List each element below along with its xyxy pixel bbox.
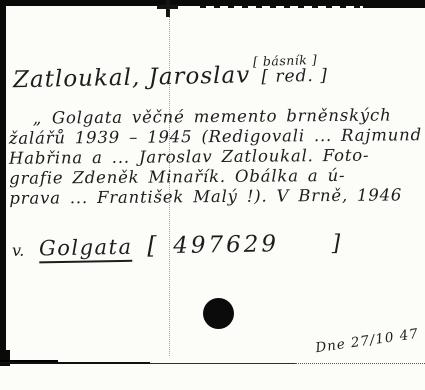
description-line: prava ... František Malý !). V Brně, 194… <box>9 185 423 209</box>
ditto-mark: „ <box>33 109 43 128</box>
bracket-close: ] <box>332 231 341 256</box>
date-note: Dne 27/10 47 <box>314 326 419 356</box>
card-bottom-edge <box>150 363 295 364</box>
card-bottom-edge-dotted <box>295 363 425 364</box>
scan-edge-left <box>0 0 6 366</box>
bibliographic-description: „Golgata věčné memento brněnských žalářů… <box>9 105 424 209</box>
card-bottom-edge <box>0 362 150 364</box>
author-heading: Zatloukal, Jaroslav [ red. ] <box>13 61 328 94</box>
reference-title-underlined: Golgata <box>39 235 133 264</box>
description-line: Habřina a ... Jaroslav Zatloukal. Foto- <box>9 145 423 169</box>
author-role: [ red. ] <box>261 66 328 87</box>
author-name: Zatloukal, Jaroslav <box>13 62 251 93</box>
reference-line: v. Golgata [ 497629 ] <box>12 228 341 262</box>
scan-edge-top-right <box>363 0 425 8</box>
bracket-open: [ <box>147 231 157 259</box>
shelf-number: 497629 <box>173 231 279 259</box>
description-text: Golgata věčné memento brněnských <box>52 105 392 127</box>
registration-cross-icon <box>157 5 178 9</box>
catalog-card-scan: [ básník ] Zatloukal, Jaroslav [ red. ] … <box>0 0 425 390</box>
punch-hole <box>203 298 234 329</box>
reference-prefix: v. <box>12 241 25 260</box>
